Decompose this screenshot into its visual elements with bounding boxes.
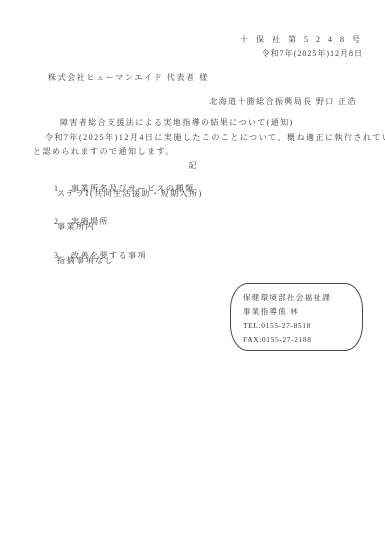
sender-name: 北海道十勝総合振興局長 野口 正浩	[209, 96, 357, 107]
item-3-detail: 指摘事項なし	[57, 255, 114, 266]
document-page: 十 保 社 第 5 2 4 8 号 令和7年(2025年)12月8日 株式会社ヒ…	[0, 0, 385, 544]
body-line-1: 令和7年(2025年)12月4日に実施したこのことについて、概ね適正に執行されて…	[45, 132, 385, 143]
contact-section: 事業指導係 林	[243, 305, 362, 319]
item-1-detail: ステラⅠ(共同生活援助・短期入所)	[57, 188, 203, 199]
subject-line: 障害者総合支援法による実地指導の結果について(通知)	[60, 117, 294, 128]
contact-box: 保健環境部社会福祉課 事業指導係 林 TEL:0155-27-8518 FAX:…	[230, 283, 363, 351]
item-2-detail: 事業所内	[57, 221, 95, 232]
doc-number: 十 保 社 第 5 2 4 8 号	[240, 34, 363, 45]
addressee: 株式会社ヒューマンエイド 代表者 様	[48, 72, 209, 83]
record-marker: 記	[0, 160, 385, 171]
issue-date: 令和7年(2025年)12月8日	[262, 48, 363, 59]
contact-department: 保健環境部社会福祉課	[243, 291, 362, 305]
contact-fax: FAX:0155-27-2188	[243, 333, 362, 347]
body-line-2: と認められますので通知します。	[33, 146, 175, 157]
contact-tel: TEL:0155-27-8518	[243, 319, 362, 333]
